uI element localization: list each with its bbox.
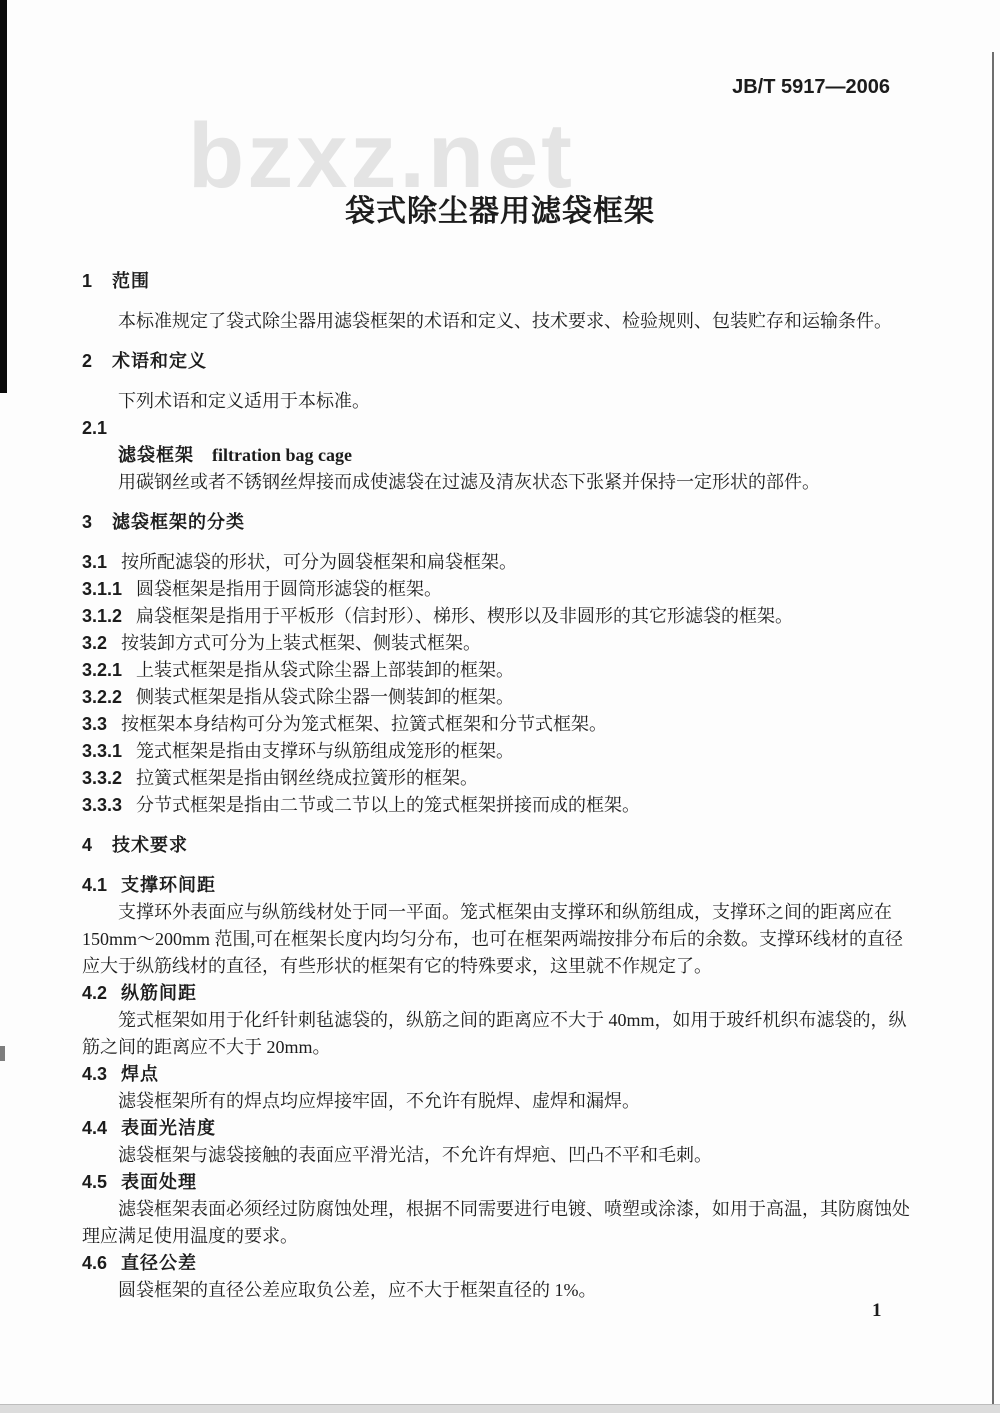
clause-item: 3.3.2拉簧式框架是指由钢丝绕成拉簧形的框架。 bbox=[82, 765, 917, 792]
subsection-heading: 4.3焊点 bbox=[82, 1061, 917, 1088]
subsection-heading: 4.1支撑环间距 bbox=[82, 872, 917, 899]
term-english-label: filtration bag cage bbox=[212, 445, 352, 465]
paragraph: 本标准规定了袋式除尘器用滤袋框架的术语和定义、技术要求、检验规则、包装贮存和运输… bbox=[82, 308, 917, 335]
clause-item: 3.1按所配滤袋的形状，可分为圆袋框架和扁袋框架。 bbox=[82, 549, 917, 576]
clause-text: 笼式框架如用于化纤针刺毡滤袋的，纵筋之间的距离应不大于 40mm，如用于玻纤机织… bbox=[82, 1010, 907, 1057]
clause-number: 3 bbox=[82, 512, 92, 532]
paragraph: 下列术语和定义适用于本标准。 bbox=[82, 388, 917, 415]
paragraph: 滤袋框架表面必须经过防腐蚀处理，根据不同需要进行电镀、喷塑或涂漆，如用于高温，其… bbox=[82, 1196, 917, 1250]
subsection-heading: 4.4表面光洁度 bbox=[82, 1115, 917, 1142]
clause-text: 按框架本身结构可分为笼式框架、拉簧式框架和分节式框架。 bbox=[121, 714, 607, 734]
clause-text: 滤袋框架表面必须经过防腐蚀处理，根据不同需要进行电镀、喷塑或涂漆，如用于高温，其… bbox=[82, 1199, 910, 1246]
clause-text: 下列术语和定义适用于本标准。 bbox=[118, 391, 370, 411]
clause-number: 4.4 bbox=[82, 1118, 107, 1138]
clause-text: 用碳钢丝或者不锈钢丝焊接而成使滤袋在过滤及清灰状态下张紧并保持一定形状的部件。 bbox=[118, 472, 820, 492]
clause-item: 3.1.2扁袋框架是指用于平板形（信封形）、梯形、楔形以及非圆形的其它形滤袋的框… bbox=[82, 603, 917, 630]
clause-text: 按装卸方式可分为上装式框架、侧装式框架。 bbox=[121, 633, 481, 653]
document-page: bzxz.net JB/T 5917—2006 袋式除尘器用滤袋框架 1范围本标… bbox=[0, 0, 1000, 1413]
clause-number: 3.2.1 bbox=[82, 660, 122, 680]
clause-text: 焊点 bbox=[121, 1064, 159, 1084]
clause-text: 分节式框架是指由二节或二节以上的笼式框架拼接而成的框架。 bbox=[136, 795, 640, 815]
section-heading: 2术语和定义 bbox=[82, 348, 917, 375]
paragraph: 笼式框架如用于化纤针刺毡滤袋的，纵筋之间的距离应不大于 40mm，如用于玻纤机织… bbox=[82, 1007, 917, 1061]
document-title: 袋式除尘器用滤袋框架 bbox=[0, 186, 1000, 230]
clause-number: 2.1 bbox=[82, 418, 107, 438]
clause-text: 纵筋间距 bbox=[121, 983, 197, 1003]
clause-item: 3.2.2侧装式框架是指从袋式除尘器一侧装卸的框架。 bbox=[82, 684, 917, 711]
clause-text: 滤袋框架 bbox=[118, 445, 194, 465]
paragraph: 支撑环外表面应与纵筋线材处于同一平面。笼式框架由支撑环和纵筋组成，支撑环之间的距… bbox=[82, 899, 917, 980]
paragraph: 圆袋框架的直径公差应取负公差，应不大于框架直径的 1%。 bbox=[82, 1277, 917, 1304]
subsection-heading: 4.5表面处理 bbox=[82, 1169, 917, 1196]
scan-artifact-bottom-strip bbox=[0, 1404, 1000, 1413]
scan-artifact-right-line bbox=[992, 52, 994, 1404]
clause-text: 支撑环间距 bbox=[121, 875, 216, 895]
paragraph: 滤袋框架所有的焊点均应焊接牢固，不允许有脱焊、虚焊和漏焊。 bbox=[82, 1088, 917, 1115]
clause-text: 上装式框架是指从袋式除尘器上部装卸的框架。 bbox=[136, 660, 514, 680]
clause-text: 圆袋框架是指用于圆筒形滤袋的框架。 bbox=[136, 579, 442, 599]
subsection-heading: 4.6直径公差 bbox=[82, 1250, 917, 1277]
subsection-heading: 4.2纵筋间距 bbox=[82, 980, 917, 1007]
clause-text: 扁袋框架是指用于平板形（信封形）、梯形、楔形以及非圆形的其它形滤袋的框架。 bbox=[136, 606, 793, 626]
clause-number: 3.3.2 bbox=[82, 768, 122, 788]
clause-text: 滤袋框架所有的焊点均应焊接牢固，不允许有脱焊、虚焊和漏焊。 bbox=[118, 1091, 640, 1111]
clause-item: 3.1.1圆袋框架是指用于圆筒形滤袋的框架。 bbox=[82, 576, 917, 603]
clause-text: 范围 bbox=[112, 271, 150, 291]
clause-number: 3.2.2 bbox=[82, 687, 122, 707]
clause-text: 侧装式框架是指从袋式除尘器一侧装卸的框架。 bbox=[136, 687, 514, 707]
clause-item: 3.2.1上装式框架是指从袋式除尘器上部装卸的框架。 bbox=[82, 657, 917, 684]
clause-number: 4.5 bbox=[82, 1172, 107, 1192]
clause-item: 3.3.3分节式框架是指由二节或二节以上的笼式框架拼接而成的框架。 bbox=[82, 792, 917, 819]
clause-item: 3.3按框架本身结构可分为笼式框架、拉簧式框架和分节式框架。 bbox=[82, 711, 917, 738]
clause-text: 术语和定义 bbox=[112, 351, 207, 371]
clause-number: 3.1.2 bbox=[82, 606, 122, 626]
scan-artifact-left-tick bbox=[0, 1046, 5, 1061]
clause-number: 3.1 bbox=[82, 552, 107, 572]
clause-item: 3.2按装卸方式可分为上装式框架、侧装式框架。 bbox=[82, 630, 917, 657]
clause-text: 笼式框架是指由支撑环与纵筋组成笼形的框架。 bbox=[136, 741, 514, 761]
clause-text: 支撑环外表面应与纵筋线材处于同一平面。笼式框架由支撑环和纵筋组成，支撑环之间的距… bbox=[82, 902, 903, 976]
section-heading: 1范围 bbox=[82, 268, 917, 295]
clause-number: 3.1.1 bbox=[82, 579, 122, 599]
clause-text: 直径公差 bbox=[121, 1253, 197, 1273]
clause-number: 3.3 bbox=[82, 714, 107, 734]
term-heading: 滤袋框架filtration bag cage bbox=[82, 442, 917, 469]
clause-number: 1 bbox=[82, 271, 92, 291]
clause-text: 滤袋框架的分类 bbox=[112, 512, 245, 532]
paragraph: 用碳钢丝或者不锈钢丝焊接而成使滤袋在过滤及清灰状态下张紧并保持一定形状的部件。 bbox=[82, 469, 917, 496]
clause-text: 滤袋框架与滤袋接触的表面应平滑光洁，不允许有焊疤、凹凸不平和毛刺。 bbox=[118, 1145, 712, 1165]
page-number: 1 bbox=[872, 1300, 882, 1322]
clause-text: 本标准规定了袋式除尘器用滤袋框架的术语和定义、技术要求、检验规则、包装贮存和运输… bbox=[118, 311, 892, 331]
clause-number: 4.3 bbox=[82, 1064, 107, 1084]
clause-number-line: 2.1 bbox=[82, 415, 917, 442]
clause-text: 圆袋框架的直径公差应取负公差，应不大于框架直径的 1%。 bbox=[118, 1280, 597, 1300]
clause-number: 4.6 bbox=[82, 1253, 107, 1273]
clause-number: 2 bbox=[82, 351, 92, 371]
clause-number: 4.1 bbox=[82, 875, 107, 895]
document-body: 1范围本标准规定了袋式除尘器用滤袋框架的术语和定义、技术要求、检验规则、包装贮存… bbox=[82, 268, 917, 1304]
clause-text: 表面光洁度 bbox=[121, 1118, 216, 1138]
clause-number: 3.2 bbox=[82, 633, 107, 653]
clause-text: 表面处理 bbox=[121, 1172, 197, 1192]
paragraph: 滤袋框架与滤袋接触的表面应平滑光洁，不允许有焊疤、凹凸不平和毛刺。 bbox=[82, 1142, 917, 1169]
clause-item: 3.3.1笼式框架是指由支撑环与纵筋组成笼形的框架。 bbox=[82, 738, 917, 765]
clause-number: 3.3.1 bbox=[82, 741, 122, 761]
clause-text: 拉簧式框架是指由钢丝绕成拉簧形的框架。 bbox=[136, 768, 478, 788]
clause-number: 3.3.3 bbox=[82, 795, 122, 815]
clause-text: 技术要求 bbox=[112, 835, 188, 855]
clause-number: 4 bbox=[82, 835, 92, 855]
standard-number: JB/T 5917—2006 bbox=[732, 76, 890, 99]
section-heading: 4技术要求 bbox=[82, 832, 917, 859]
clause-text: 按所配滤袋的形状，可分为圆袋框架和扁袋框架。 bbox=[121, 552, 517, 572]
section-heading: 3滤袋框架的分类 bbox=[82, 509, 917, 536]
clause-number: 4.2 bbox=[82, 983, 107, 1003]
